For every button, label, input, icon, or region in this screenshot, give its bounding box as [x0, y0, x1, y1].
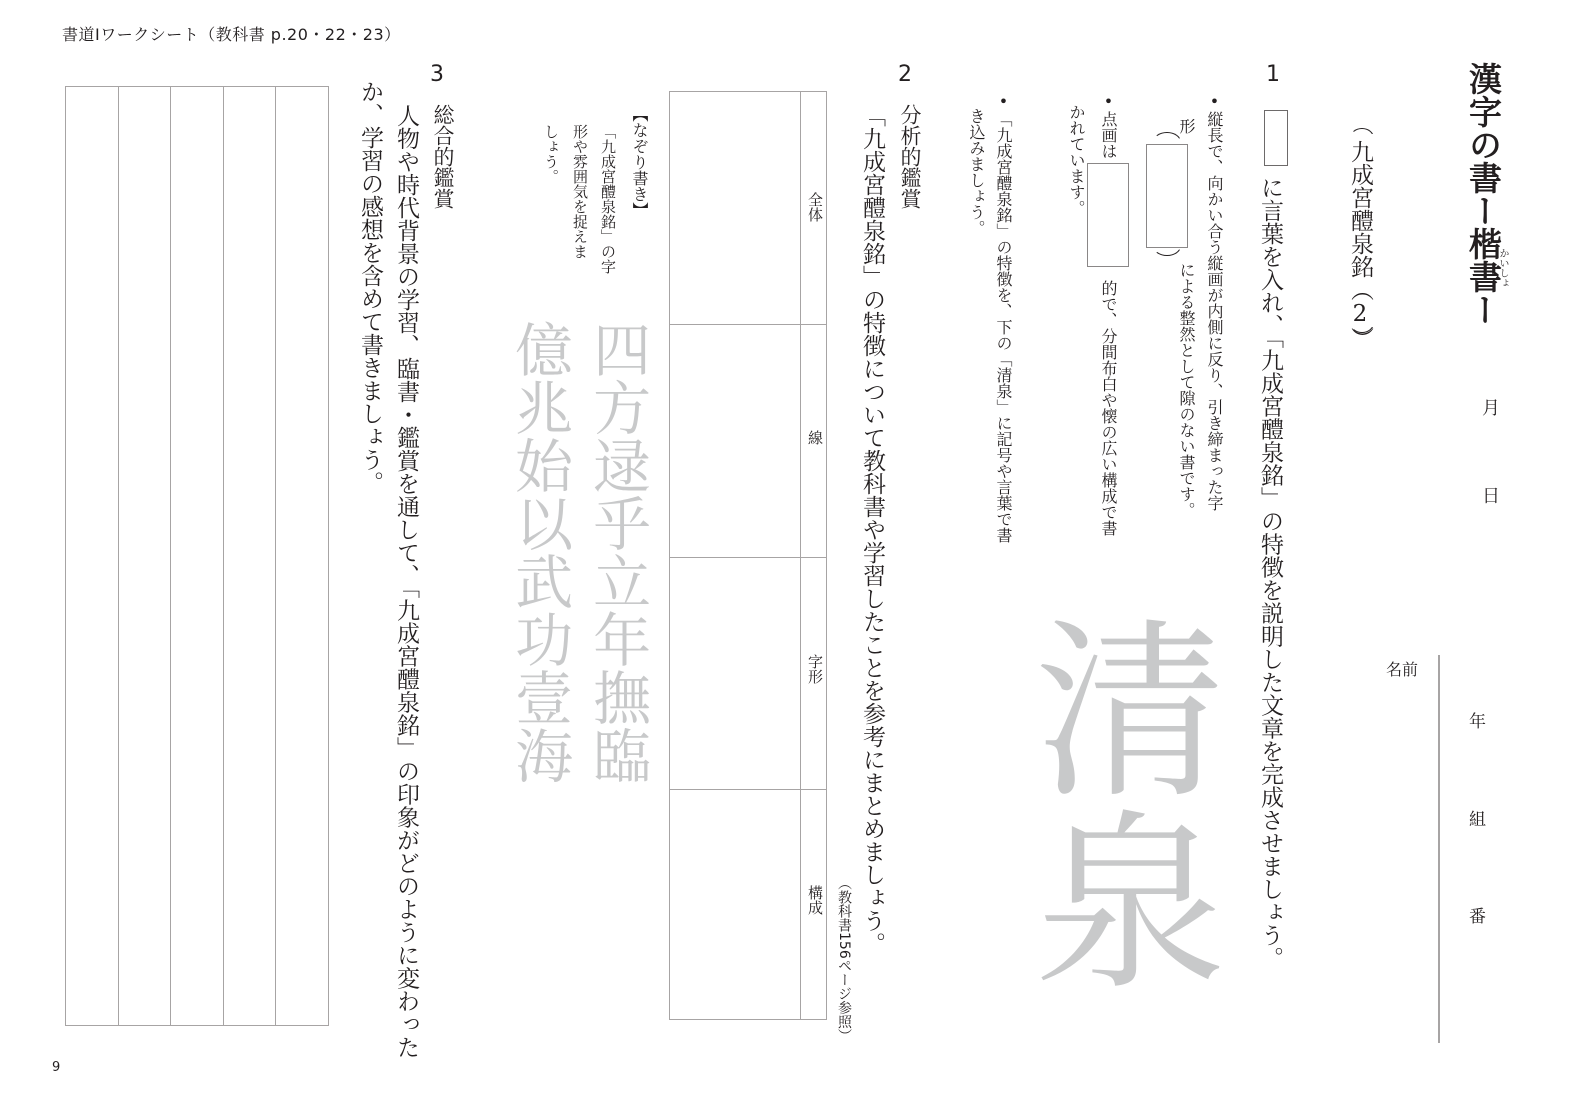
row-label-character-form: 字形 [800, 654, 826, 684]
section-1-bullet-3-line-1: •「九成宮醴泉銘」の特徴を、下の「清泉」に記号や言葉で書 [995, 92, 1011, 543]
row-label-line: 線 [800, 430, 826, 445]
section-3-instruction-line-1: 人物や時代背景の学習、臨書・鑑賞を通して、「九成宮醴泉銘」の印象がどのように変わ… [394, 104, 417, 1059]
section-1-number: 1 [1266, 62, 1280, 87]
subtitle-open-paren [1350, 128, 1374, 138]
writing-grid [65, 86, 329, 1026]
writing-column-3[interactable] [170, 87, 223, 1025]
section-1-bullet-1-line-2-prefix: 形 [1178, 118, 1194, 134]
name-field-divider [1438, 655, 1440, 1043]
section-1-bullet-2-suffix: 的で、分間布白や懐の広い構成で書 [1100, 280, 1116, 536]
section-2-instruction: 「九成宮醴泉銘」の特徴について教科書や学習したことを参考にまとめましょう。 [860, 104, 883, 955]
year-label: 年 [1463, 712, 1488, 729]
section-1-bullet-1-line-2-suffix: による整然として隙のない書です。 [1178, 262, 1194, 518]
tracing-characters-column-2[interactable]: 億兆始以武功壹海 [500, 320, 577, 784]
class-label: 組 [1463, 810, 1488, 827]
tracing-instruction-line-2: 形や雰囲気を捉えま [570, 124, 591, 259]
tracing-characters-column-1[interactable]: 四方逯乎立年撫臨 [578, 320, 655, 784]
section-1-bullet-2-prefix: •点画は [1100, 92, 1116, 159]
page-number: 9 [52, 1060, 60, 1075]
table-cell-overall[interactable] [670, 92, 800, 324]
tracing-heading: 【なぞり書き】 [628, 106, 651, 218]
date-month-label: 月 [1476, 398, 1502, 416]
section-1-instruction: に言葉を入れ、「九成宮醴泉銘」の特徴を説明した文章を完成させましょう。 [1258, 176, 1281, 970]
section-1-bullet-3-line-2: き込みましょう。 [968, 108, 984, 236]
label-column [800, 92, 826, 1019]
main-title-ruby: かいしょ [1495, 248, 1510, 288]
section-1-heading-blank-box[interactable] [1264, 110, 1288, 166]
section-1-bullet-2-line-2: かれています。 [1068, 104, 1084, 216]
tracing-instruction-line-1: 「九成宮醴泉銘」の字 [598, 124, 619, 274]
writing-column-4[interactable] [118, 87, 171, 1025]
name-label: 名前 [1386, 662, 1404, 679]
writing-column-5[interactable] [66, 87, 118, 1025]
analysis-table: 全体 線 字形 構成 [669, 91, 827, 1020]
blank-close-paren [1153, 246, 1181, 256]
model-characters-seisen[interactable]: 清泉 [1012, 610, 1214, 994]
writing-column-1[interactable] [275, 87, 328, 1025]
date-day-label: 日 [1476, 486, 1502, 504]
section-2-number: 2 [898, 62, 912, 87]
writing-column-2[interactable] [223, 87, 276, 1025]
row-label-composition: 構成 [800, 885, 826, 915]
section-3-instruction-line-2: か、学習の感想を含めて書きましょう。 [358, 80, 381, 494]
row-label-overall: 全体 [800, 192, 826, 222]
section-3-title: 総合的鑑賞 [428, 104, 458, 209]
worksheet-header-title: 書道Ⅰワークシート（教科書 p.20・22・23） [62, 22, 401, 45]
table-cell-line[interactable] [670, 325, 800, 557]
student-number-label: 番 [1463, 907, 1488, 924]
section-2-title: 分析的鑑賞 [895, 104, 925, 209]
section-3-number: 3 [430, 62, 444, 87]
table-cell-character-form[interactable] [670, 558, 800, 789]
tracing-instruction-line-3: しょう。 [541, 124, 562, 184]
table-cell-composition[interactable] [670, 790, 800, 1020]
section-1-bullet-1-line-1: •縦長で、向かい合う縦画が内側に反り、引き締まった字 [1206, 92, 1222, 511]
textbook-reference: （教科書156ページ参照） [834, 876, 854, 1043]
stroke-style-blank-box[interactable] [1087, 163, 1129, 267]
character-form-blank-box[interactable] [1146, 144, 1188, 248]
subtitle: 九成宮醴泉銘（2） [1348, 140, 1371, 350]
